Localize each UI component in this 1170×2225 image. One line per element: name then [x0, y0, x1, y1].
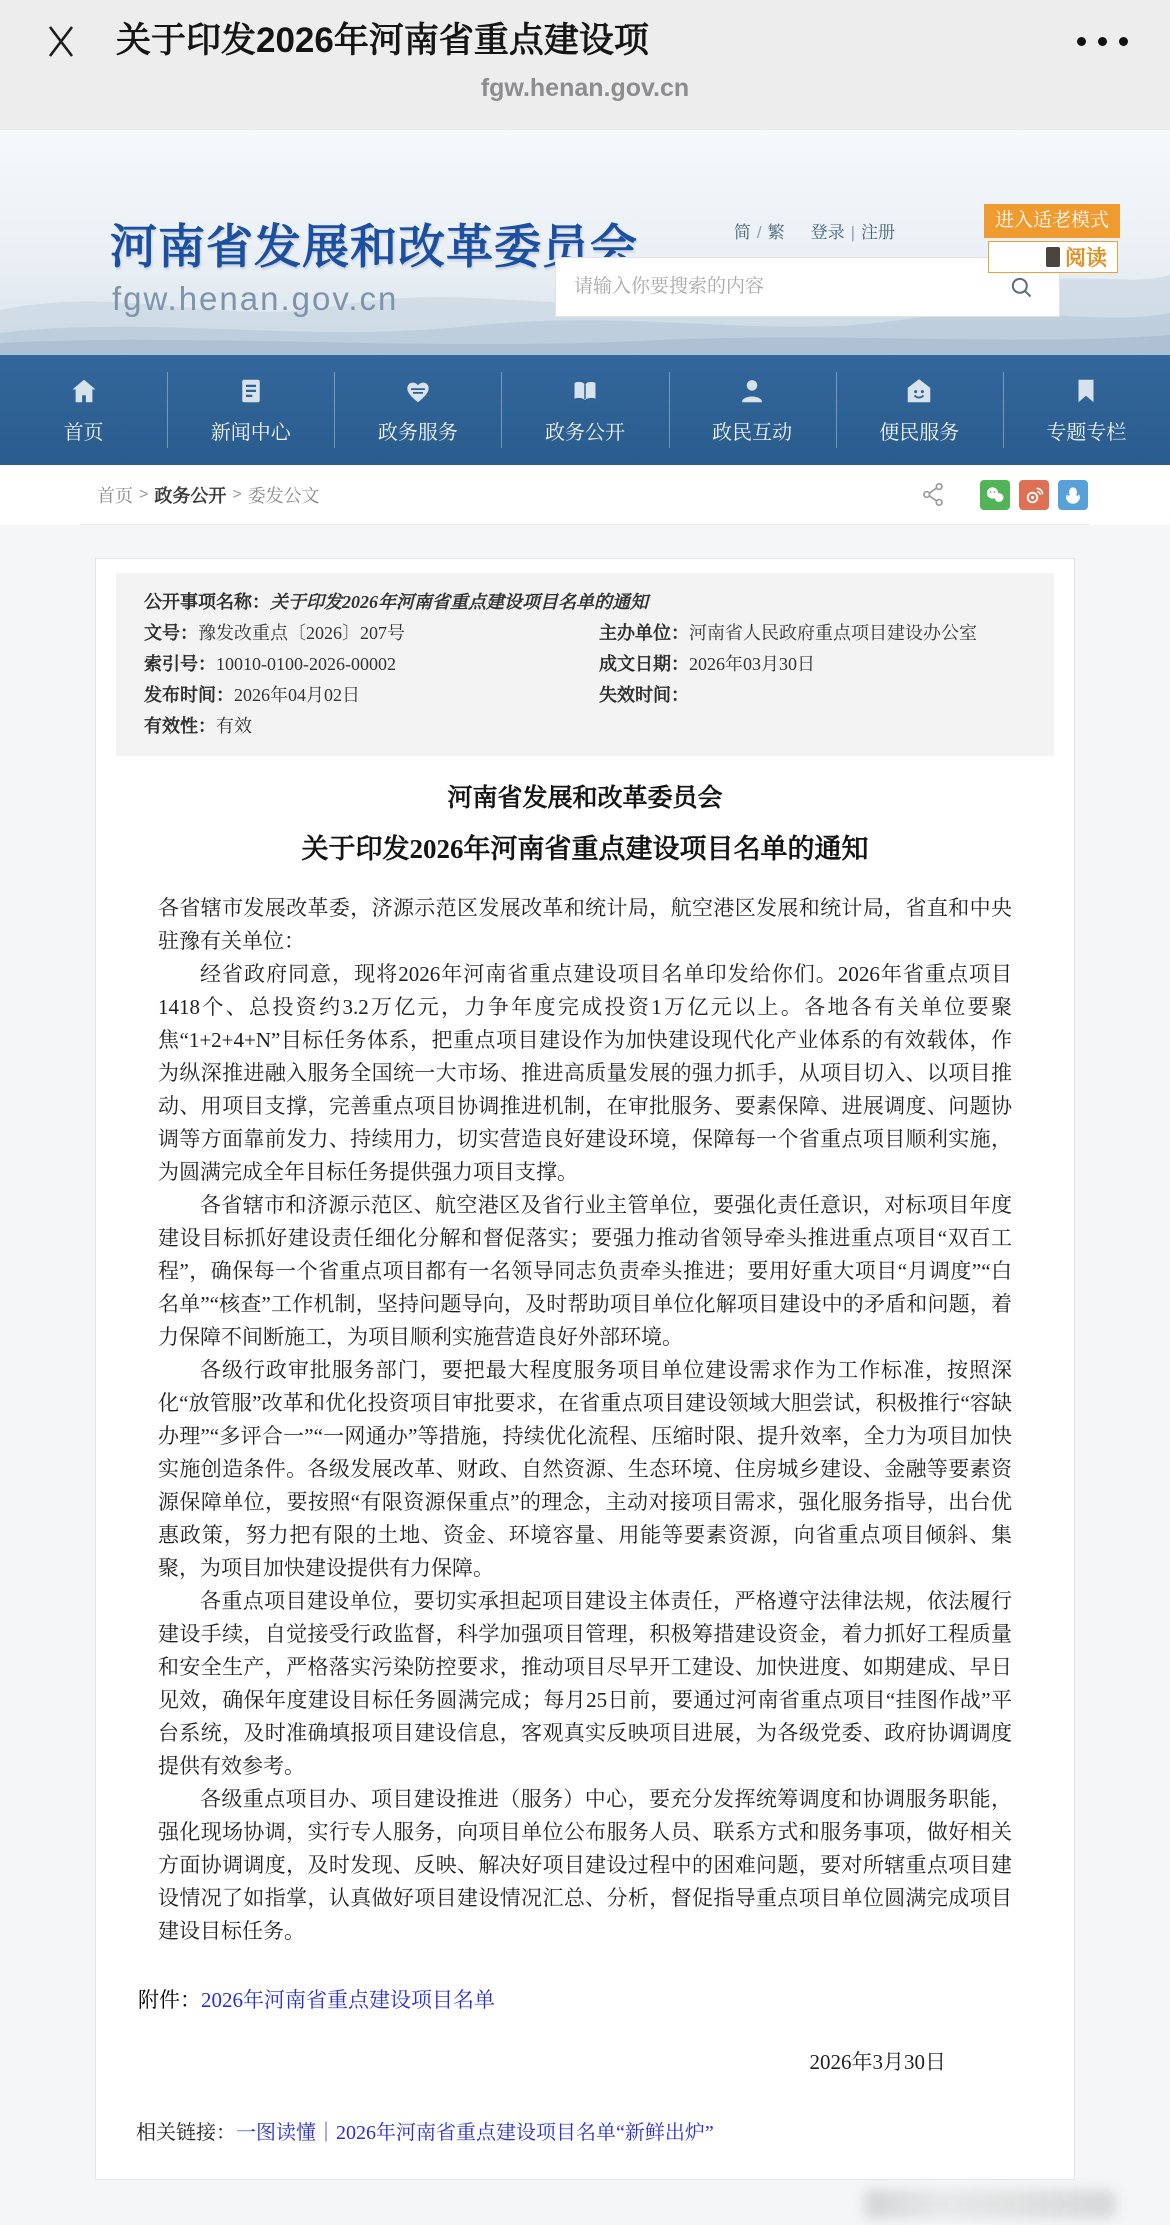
reader-label: 阅读 — [1065, 242, 1107, 272]
smile-house-icon — [904, 376, 934, 406]
nav-label: 政务服务 — [378, 416, 458, 445]
meta-org-value: 河南省人民政府重点项目建设办公室 — [689, 623, 977, 643]
page-url: fgw.henan.gov.cn — [0, 74, 1170, 103]
attachment-row: 附件：2026年河南省重点建设项目名单 — [96, 1984, 1074, 2014]
page-title: 关于印发2026年河南省重点建设项 — [116, 16, 1059, 66]
document-meta: 公开事项名称： 关于印发2026年河南省重点建设项目名单的通知 文号： 豫发改重… — [116, 573, 1054, 756]
nav-item-news[interactable]: 新闻中心 — [167, 355, 334, 465]
news-icon — [236, 376, 266, 406]
watermark-smudge — [865, 2190, 1115, 2218]
sign-date: 2026年3月30日 — [96, 2046, 1074, 2076]
nav-item-disclosure[interactable]: 政务公开 — [501, 355, 668, 465]
site-domain: fgw.henan.gov.cn — [112, 280, 398, 318]
meta-index-label: 索引号： — [144, 651, 216, 677]
bookmark-icon — [1071, 376, 1101, 406]
breadcrumb-strip: 首页 > 政务公开 > 委发公文 — [0, 465, 1170, 525]
elder-mode-button[interactable]: 进入适老模式 — [984, 204, 1120, 238]
breadcrumb-separator: > — [232, 486, 241, 504]
body-paragraph: 各级重点项目办、项目建设推进（服务）中心，要充分发挥统筹调度和协调服务职能，强化… — [158, 1783, 1012, 1948]
meta-expire-label: 失效时间： — [599, 685, 689, 705]
reader-widget-button[interactable]: 阅读 — [988, 241, 1118, 273]
person-icon — [737, 376, 767, 406]
weibo-share-icon[interactable] — [1019, 480, 1049, 510]
breadcrumb-home[interactable]: 首页 — [97, 482, 133, 508]
lang-slash: / — [757, 223, 762, 242]
meta-docno-label: 文号： — [144, 620, 198, 646]
body-paragraph: 各省辖市和济源示范区、航空港区及省行业主管单位，要强化责任意识，对标项目年度建设… — [158, 1189, 1012, 1354]
search-input[interactable] — [556, 276, 1008, 298]
nav-item-services[interactable]: 政务服务 — [334, 355, 501, 465]
meta-pub-value: 2026年04月02日 — [234, 682, 360, 708]
site-header: 河南省发展和改革委员会 fgw.henan.gov.cn 简/繁登录|注册 进入… — [0, 130, 1170, 355]
meta-written-label: 成文日期： — [599, 654, 689, 674]
wechat-share-icon[interactable] — [980, 480, 1010, 510]
breadcrumb-section[interactable]: 政务公开 — [154, 482, 226, 508]
more-menu-icon[interactable] — [1077, 27, 1128, 56]
home-icon — [69, 376, 99, 406]
nav-label: 便民服务 — [879, 416, 959, 445]
nav-item-special[interactable]: 专题专栏 — [1003, 355, 1170, 465]
meta-index-value: 10010-0100-2026-00002 — [216, 651, 396, 677]
search-icon[interactable] — [1008, 274, 1035, 301]
body-paragraph: 各级行政审批服务部门，要把最大程度服务项目单位建设需求作为工作标准，按照深化“放… — [158, 1354, 1012, 1585]
breadcrumb-current: 委发公文 — [248, 482, 320, 508]
lang-traditional-link[interactable]: 繁 — [768, 223, 785, 242]
main-content: 公开事项名称： 关于印发2026年河南省重点建设项目名单的通知 文号： 豫发改重… — [0, 525, 1170, 2225]
meta-validity-label: 有效性： — [144, 713, 216, 739]
related-label: 相关链接： — [136, 2122, 236, 2144]
meta-name-value: 关于印发2026年河南省重点建设项目名单的通知 — [270, 589, 648, 615]
body-paragraph: 经省政府同意，现将2026年河南省重点建设项目名单印发给你们。2026年省重点项… — [158, 958, 1012, 1189]
attachment-label: 附件： — [138, 1988, 201, 2012]
related-links-row: 相关链接：一图读懂｜2026年河南省重点建设项目名单“新鲜出炉” — [96, 2116, 1074, 2145]
meta-docno-value: 豫发改重点〔2026〕207号 — [198, 620, 405, 646]
browser-top-bar: 关于印发2026年河南省重点建设项 fgw.henan.gov.cn — [0, 0, 1170, 130]
qq-share-icon[interactable] — [1058, 480, 1088, 510]
nav-label: 政务公开 — [545, 416, 625, 445]
meta-written-value: 2026年03月30日 — [689, 654, 815, 674]
nav-label: 首页 — [64, 416, 104, 445]
open-book-icon — [570, 376, 600, 406]
nav-item-home[interactable]: 首页 — [0, 355, 167, 465]
nav-item-interaction[interactable]: 政民互动 — [669, 355, 836, 465]
login-link[interactable]: 登录 — [811, 223, 845, 242]
header-links: 简/繁登录|注册 — [731, 218, 898, 243]
service-heart-icon — [403, 376, 433, 406]
meta-pub-label: 发布时间： — [144, 682, 234, 708]
document-title-org: 河南省发展和改革委员会 — [96, 778, 1074, 814]
login-divider: | — [851, 223, 855, 242]
share-nodes-icon[interactable] — [920, 481, 947, 508]
body-paragraph: 各重点项目建设单位，要切实承担起项目建设主体责任，严格遵守法律法规，依法履行建设… — [158, 1585, 1012, 1783]
nav-item-convenience[interactable]: 便民服务 — [836, 355, 1003, 465]
reader-icon — [1046, 247, 1060, 267]
attachment-link[interactable]: 2026年河南省重点建设项目名单 — [201, 1988, 495, 2012]
meta-name-label: 公开事项名称： — [144, 589, 270, 615]
nav-label: 新闻中心 — [211, 416, 291, 445]
search-box — [555, 257, 1060, 317]
related-link[interactable]: 一图读懂｜2026年河南省重点建设项目名单“新鲜出炉” — [236, 2122, 714, 2144]
share-group — [920, 480, 1088, 510]
meta-validity-value: 有效 — [216, 713, 252, 739]
register-link[interactable]: 注册 — [861, 223, 895, 242]
page-footer — [0, 2180, 1170, 2225]
nav-label: 专题专栏 — [1046, 416, 1126, 445]
body-paragraph: 各省辖市发展改革委，济源示范区发展改革和统计局，航空港区发展和统计局，省直和中央… — [158, 892, 1012, 958]
breadcrumb-separator: > — [139, 486, 148, 504]
main-nav: 首页 新闻中心 政务服务 政务公开 政民互动 — [0, 355, 1170, 465]
document-panel: 公开事项名称： 关于印发2026年河南省重点建设项目名单的通知 文号： 豫发改重… — [95, 558, 1075, 2180]
meta-org-label: 主办单位： — [599, 623, 689, 643]
close-icon[interactable] — [40, 20, 82, 62]
nav-label: 政民互动 — [712, 416, 792, 445]
document-body: 各省辖市发展改革委，济源示范区发展改革和统计局，航空港区发展和统计局，省直和中央… — [96, 866, 1074, 1948]
lang-simplified-link[interactable]: 简 — [734, 223, 751, 242]
document-title-main: 关于印发2026年河南省重点建设项目名单的通知 — [96, 827, 1074, 866]
